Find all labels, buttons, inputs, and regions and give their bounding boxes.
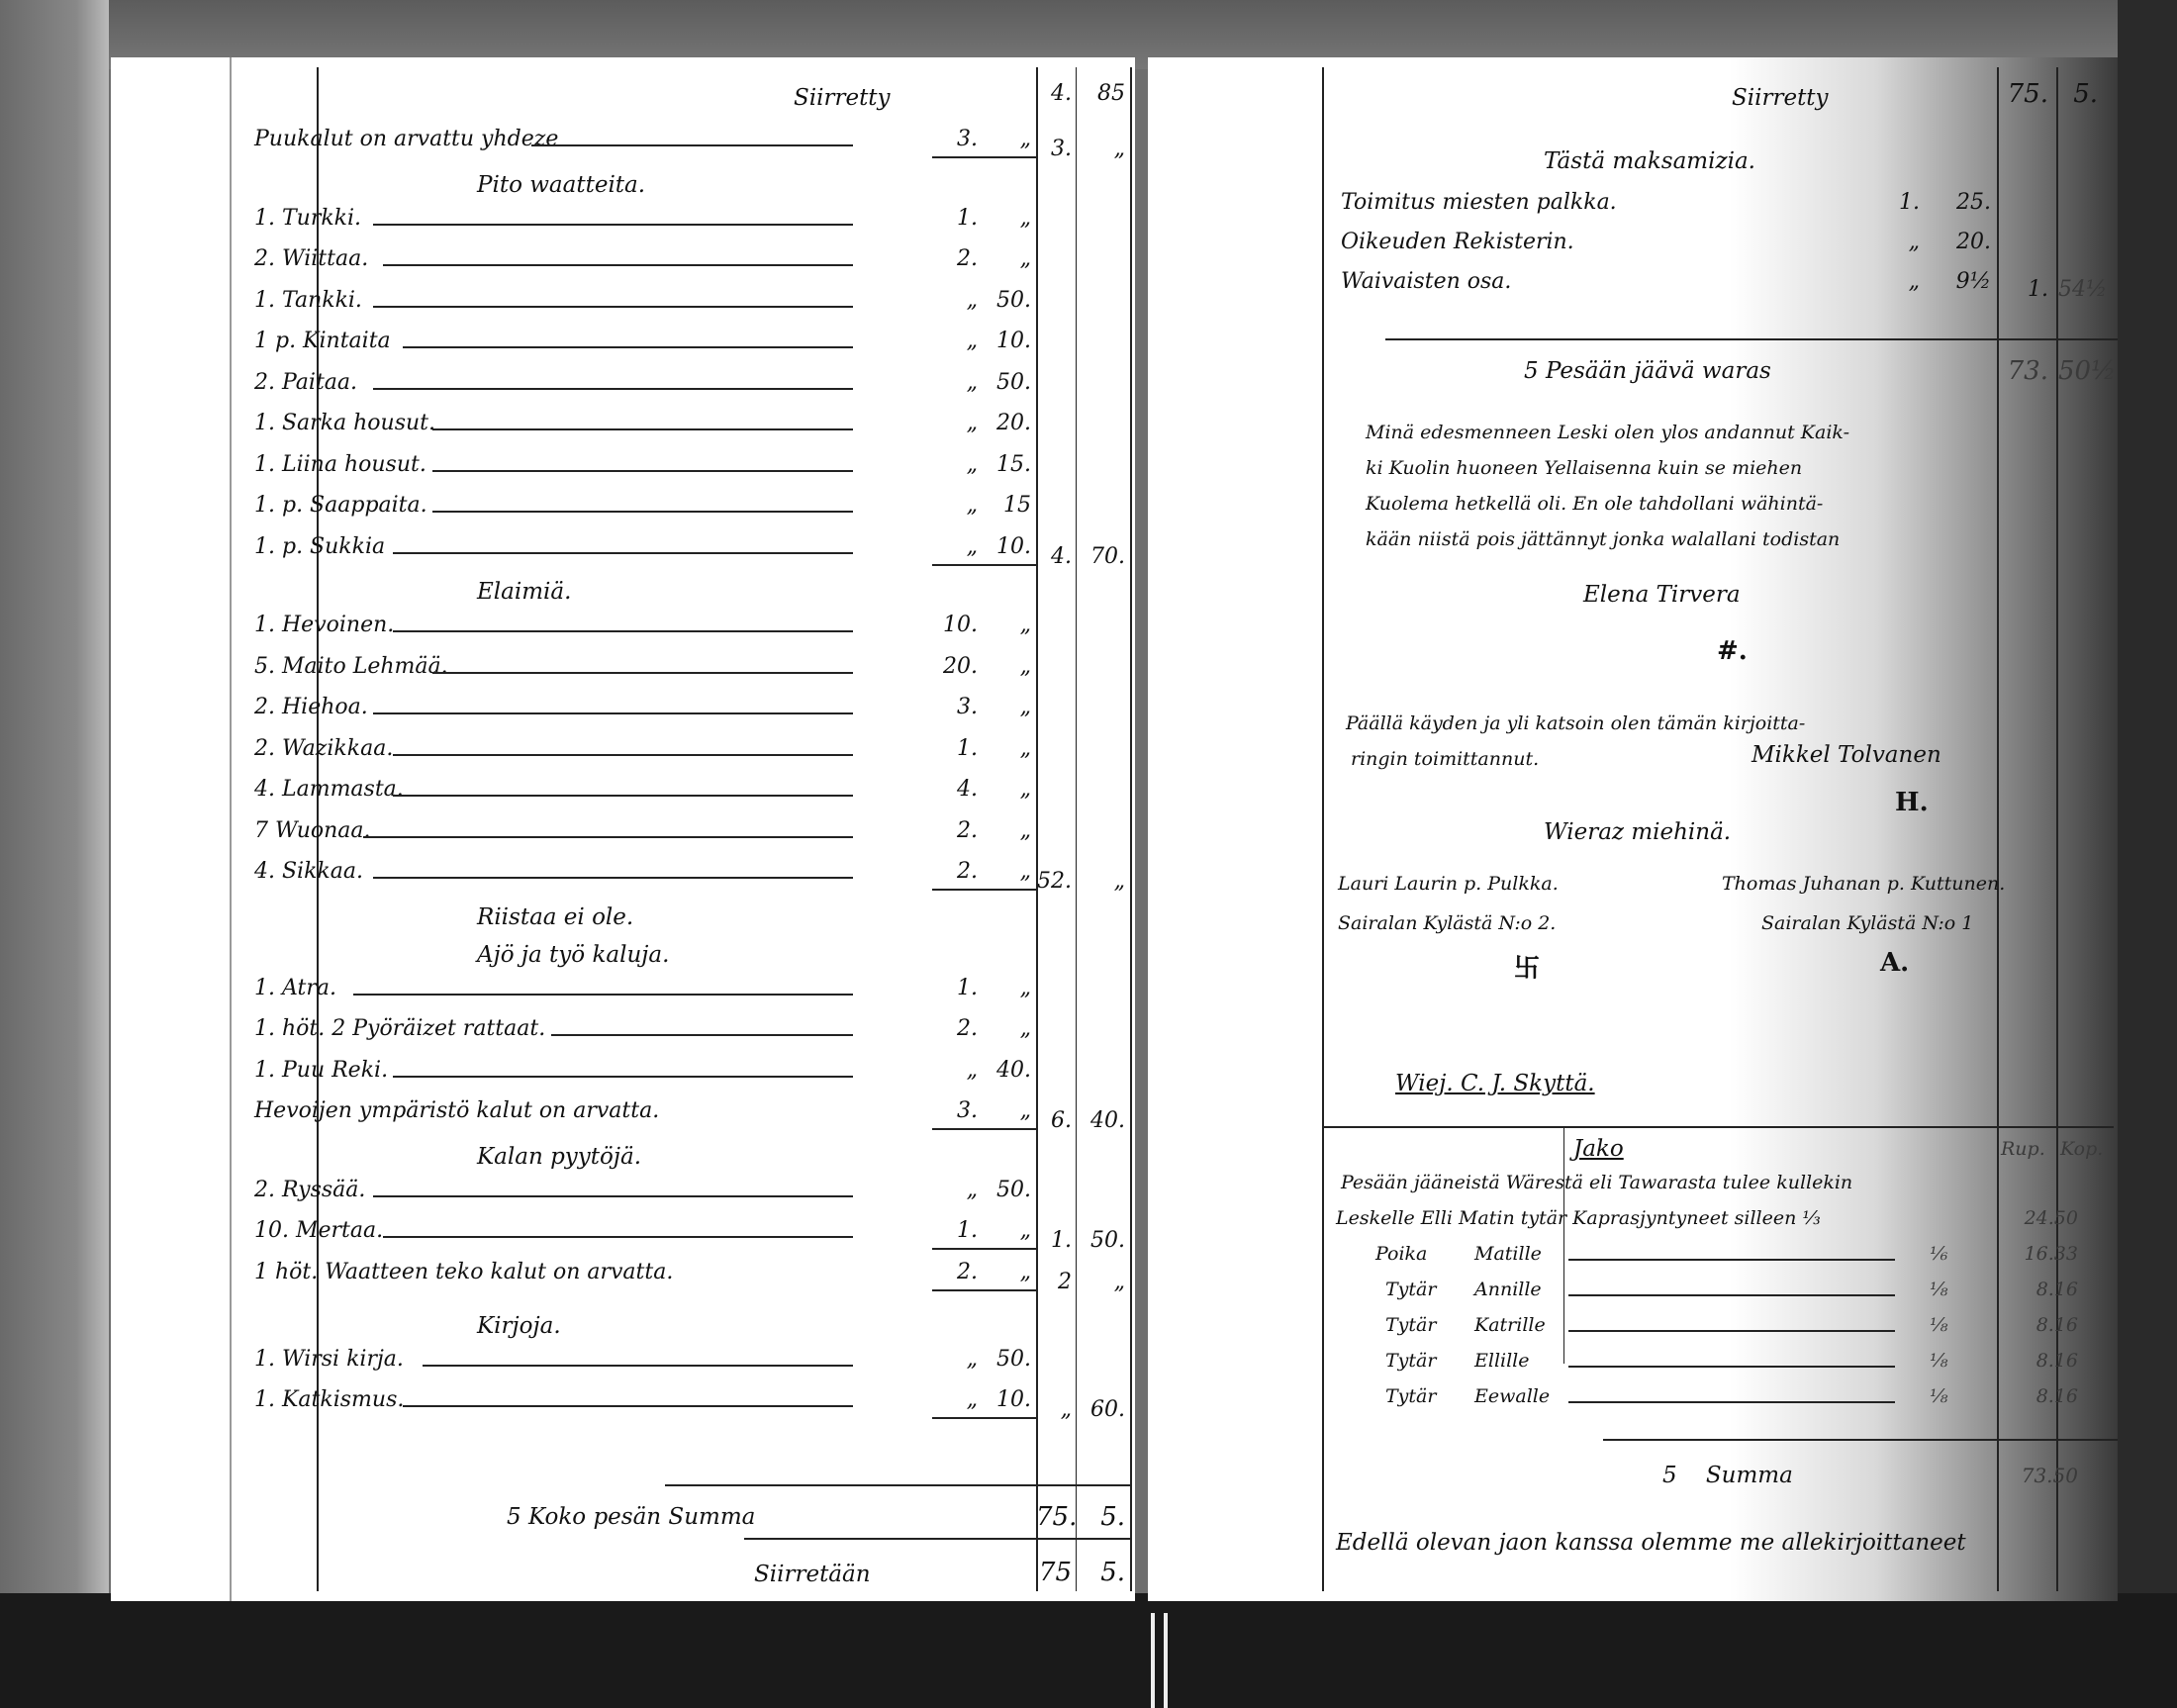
- division-intro: Pesään jääneistä Wärestä eli Tawarasta t…: [1341, 1170, 1852, 1195]
- leader-line: [551, 1034, 853, 1036]
- item-kopecks: 10.: [982, 1387, 1031, 1413]
- widow-mark: #.: [1717, 636, 1748, 666]
- leader-line: [383, 1236, 853, 1238]
- column-rule-kronor: [1036, 67, 1038, 1591]
- heir-amount: 8.16: [1999, 1277, 2078, 1302]
- item-description: 1. p. Saappaita.: [254, 493, 427, 519]
- item-kopecks: 50.: [982, 288, 1031, 314]
- deduction-description: Oikeuden Rekisterin.: [1341, 230, 1574, 255]
- left-page: Siirretty 4. 85 Puukalut on arvattu yhde…: [111, 57, 1135, 1601]
- heir-relation: Tytär: [1385, 1312, 1436, 1338]
- item-description: 2. Wiittaa.: [254, 246, 368, 272]
- item-kopecks: 10.: [982, 329, 1031, 354]
- item-rubles: 2.: [942, 859, 978, 885]
- item-rubles: „: [942, 329, 978, 354]
- item-rubles: 1.: [942, 1218, 978, 1244]
- deduction-kopecks: 20.: [1930, 230, 1991, 255]
- item-kopecks: 15.: [982, 452, 1031, 478]
- spine-gap: [1164, 1613, 1168, 1708]
- witness-2-mark: A.: [1880, 948, 1909, 978]
- subtotal-rule: [932, 564, 1036, 566]
- item-kopecks: „: [982, 613, 1031, 638]
- item-description: 1. Sarka housut.: [254, 411, 435, 436]
- division-col-kop: Kop.: [2060, 1136, 2103, 1162]
- item-kopecks: 40.: [982, 1058, 1031, 1084]
- leader-line: [1568, 1259, 1895, 1261]
- heir-relation: Poika: [1375, 1241, 1427, 1267]
- leader-line: [423, 1365, 853, 1367]
- item-kopecks: „: [982, 1260, 1031, 1285]
- leader-line: [393, 1076, 853, 1078]
- item-kopecks: 20.: [982, 411, 1031, 436]
- carry-forward-label: Siirretty: [1732, 85, 1829, 111]
- subtotal-rule: [932, 1289, 1036, 1291]
- deduction-kopecks: 9½: [1930, 269, 1991, 295]
- scan-background-bottom: [0, 1593, 2177, 1708]
- heir-share: ⅛: [1930, 1348, 1947, 1374]
- item-description: Hevoijen ympäristö kalut on arvatta.: [254, 1098, 659, 1124]
- leader-line: [1568, 1294, 1895, 1296]
- declaration-line: kään niistä pois jättännyt jonka walalla…: [1366, 526, 1840, 552]
- item-description: 1. höt. 2 Pyöräizet rattaat.: [254, 1016, 545, 1042]
- deduction-description: Toimitus miesten palkka.: [1341, 190, 1617, 216]
- heir-name: Ellille: [1474, 1348, 1530, 1374]
- leader-line: [393, 552, 853, 554]
- witness-1-name: Lauri Laurin p. Pulkka.: [1338, 871, 1559, 897]
- scan-background-right: [2118, 0, 2177, 1708]
- subtotal-kopecks: 60.: [1081, 1397, 1125, 1423]
- subtotal-rule: [932, 1248, 1036, 1250]
- estate-total-col1: 75.: [1036, 1504, 1072, 1530]
- carry-forward-col1: 75.: [1999, 81, 2048, 107]
- item-description: 1 höt. Waatteen teko kalut on arvatta.: [254, 1260, 673, 1285]
- subtotal-kopecks: 50.: [1081, 1228, 1125, 1254]
- heir-share: ⅛: [1930, 1383, 1947, 1409]
- item-rubles: 20.: [942, 654, 978, 680]
- item-rubles: „: [942, 452, 978, 478]
- division-inner-rule: [1563, 1126, 1564, 1364]
- leader-line: [373, 224, 853, 226]
- item-description: 1. Wirsi kirja.: [254, 1347, 404, 1373]
- witness-2-name: Thomas Juhanan p. Kuttunen.: [1722, 871, 2005, 897]
- remaining-col1: 73.: [1999, 358, 2048, 384]
- leader-line: [353, 994, 853, 996]
- heir-relation: Tytär: [1385, 1277, 1436, 1302]
- item-rubles: „: [942, 411, 978, 436]
- item-description: 1. Hevoinen.: [254, 613, 394, 638]
- item-kopecks: „: [982, 976, 1031, 1001]
- section-heading: Elaimiä.: [477, 579, 571, 605]
- item-rubles: „: [942, 1347, 978, 1373]
- subtotal-rubles: 4.: [1036, 544, 1072, 570]
- heir-amount: 8.16: [1999, 1383, 2078, 1409]
- witness-1-village: Sairalan Kylästä N:o 2.: [1338, 910, 1556, 936]
- carry-forward-col2: 5.: [2058, 81, 2098, 107]
- leader-line: [1568, 1401, 1895, 1403]
- section-heading: Kalan pyytöjä.: [477, 1144, 641, 1170]
- subtotal-kopecks: „: [1081, 1270, 1125, 1295]
- subtotal-kopecks: „: [1081, 137, 1125, 162]
- item-description: 2. Paitaa.: [254, 370, 357, 396]
- section-heading: Kirjoja.: [477, 1313, 561, 1339]
- subtotal-rubles: 6.: [1036, 1108, 1072, 1134]
- deduction-rubles: „: [1880, 230, 1920, 255]
- witness-2-village: Sairalan Kylästä N:o 1: [1761, 910, 1973, 936]
- heir-share: ⅛: [1930, 1312, 1947, 1338]
- item-rubles: 2.: [942, 1260, 978, 1285]
- leader-line: [383, 264, 853, 266]
- leader-line: [393, 630, 853, 632]
- leader-line: [531, 144, 853, 146]
- item-description: 1. Turkki.: [254, 206, 361, 232]
- scan-background-left: [0, 0, 109, 1708]
- heir-share: ⅛: [1930, 1277, 1947, 1302]
- subtotal-kopecks: 40.: [1081, 1108, 1125, 1134]
- subtotal-kopecks: „: [1081, 869, 1125, 895]
- leader-line: [432, 428, 853, 430]
- heir-relation: Tytär: [1385, 1383, 1436, 1409]
- remaining-label-text: Pesään jäävä waras: [1546, 358, 1771, 384]
- subtotal-rule: [932, 156, 1036, 158]
- item-rubles: 10.: [942, 613, 978, 638]
- item-description: 4. Lammasta.: [254, 777, 404, 803]
- subtotal-rubles: 52.: [1036, 869, 1072, 895]
- item-rubles: 1.: [942, 976, 978, 1001]
- leader-line: [373, 388, 853, 390]
- heir-relation: Tytär: [1385, 1348, 1436, 1374]
- item-kopecks: „: [982, 736, 1031, 762]
- division-rule: [1322, 1126, 2114, 1128]
- deductions-title: Tästä maksamizia.: [1544, 148, 1755, 174]
- column-rule-left: [1322, 67, 1324, 1591]
- heir-amount: 16.33: [1999, 1241, 2078, 1267]
- item-rubles: 2.: [942, 818, 978, 844]
- item-rubles: 3.: [942, 1098, 978, 1124]
- estate-total-col2: 5.: [1081, 1504, 1125, 1530]
- leader-line: [373, 306, 853, 308]
- total-label-text: Koko pesän Summa: [528, 1504, 755, 1530]
- remaining-prefix: 5: [1524, 358, 1539, 384]
- supervisor-text: ringin toimittannut.: [1351, 746, 1539, 772]
- item-rubles: „: [942, 1058, 978, 1084]
- heir-amount: 8.16: [1999, 1348, 2078, 1374]
- item-description: 10. Mertaa.: [254, 1218, 383, 1244]
- item-kopecks: „: [982, 859, 1031, 885]
- item-rubles: „: [942, 534, 978, 560]
- item-rubles: 3.: [942, 127, 978, 152]
- item-description: 5. Maito Lehmää.: [254, 654, 448, 680]
- item-kopecks: 50.: [982, 1178, 1031, 1203]
- right-page: Siirretty 75. 5. Tästä maksamizia. Toimi…: [1148, 57, 2118, 1601]
- subtotal-rule: [932, 1128, 1036, 1130]
- estate-total-label: 5 Koko pesän Summa: [507, 1504, 755, 1530]
- deduction-total-kopecks: 54½: [2058, 277, 2106, 303]
- carry-forward-col1: 4.: [1036, 81, 1072, 107]
- item-kopecks: 10.: [982, 534, 1031, 560]
- item-rubles: „: [942, 493, 978, 519]
- item-kopecks: „: [982, 1218, 1031, 1244]
- item-description: 1. Atra.: [254, 976, 336, 1001]
- remaining-col2: 50½: [2058, 358, 2106, 384]
- division-total-prefix: 5: [1662, 1463, 1677, 1488]
- witness-clerk: Wiej. C. J. Skyttä.: [1395, 1071, 1595, 1096]
- supervisor-mark: H.: [1895, 788, 1929, 817]
- leader-line: [373, 712, 853, 714]
- item-rubles: 1.: [942, 206, 978, 232]
- supervisor-signature: Mikkel Tolvanen: [1751, 742, 1941, 768]
- widow-signature: Elena Tirvera: [1583, 582, 1741, 608]
- heir-share: ⅙: [1930, 1241, 1947, 1267]
- spine-gap: [1151, 1613, 1155, 1708]
- heir-amount: 8.16: [1999, 1312, 2078, 1338]
- item-kopecks: „: [982, 695, 1031, 720]
- witnesses-title: Wieraz miehinä.: [1544, 819, 1731, 845]
- leader-line: [1568, 1330, 1895, 1332]
- declaration-line: Minä edesmenneen Leski olen ylos andannu…: [1366, 420, 1849, 445]
- section-heading: Pito waatteita.: [477, 172, 645, 198]
- item-description: 1. Tankki.: [254, 288, 362, 314]
- item-kopecks: 50.: [982, 370, 1031, 396]
- item-rubles: „: [942, 1178, 978, 1203]
- item-rubles: 3.: [942, 695, 978, 720]
- deduction-kopecks: 25.: [1930, 190, 1991, 216]
- item-description: 2. Ryssää.: [254, 1178, 365, 1203]
- item-description: Puukalut on arvattu yhdeze: [254, 127, 558, 152]
- item-description: 1. Katkismus.: [254, 1387, 404, 1413]
- remaining-estate-label: 5 Pesään jäävä waras: [1524, 358, 1771, 384]
- leader-line: [432, 511, 853, 513]
- item-kopecks: 50.: [982, 1347, 1031, 1373]
- division-title: Jako: [1573, 1136, 1624, 1162]
- heir-name: Eewalle: [1474, 1383, 1550, 1409]
- leader-line: [373, 877, 853, 879]
- column-rule-mid: [1076, 67, 1077, 1591]
- section-heading: Riistaa ei ole.: [477, 904, 633, 930]
- item-kopecks: „: [982, 777, 1031, 803]
- division-total-text: Summa: [1706, 1463, 1793, 1488]
- item-rubles: 1.: [942, 736, 978, 762]
- item-rubles: 4.: [942, 777, 978, 803]
- subtotal-rule: [932, 1417, 1036, 1419]
- leader-line: [393, 795, 853, 797]
- item-rubles: 2.: [942, 246, 978, 272]
- total-rule: [665, 1484, 1130, 1486]
- heir-name: Katrille: [1474, 1312, 1546, 1338]
- margin-line: [230, 57, 232, 1601]
- item-rubles: „: [942, 1387, 978, 1413]
- item-description: 1 p. Kintaita: [254, 329, 391, 354]
- item-kopecks: „: [982, 127, 1031, 152]
- leader-line: [432, 672, 853, 674]
- subtotal-rule: [932, 889, 1036, 891]
- witness-1-mark: 卐: [1514, 948, 1540, 985]
- division-col-rup: Rup.: [2001, 1136, 2045, 1162]
- item-description: 1. p. Sukkia: [254, 534, 385, 560]
- heir-amount: 24.50: [1999, 1205, 2078, 1231]
- declaration-line: Kuolema hetkellä oli. En ole tahdollani …: [1366, 491, 1823, 517]
- remaining-rule: [1385, 338, 2118, 340]
- subtotal-rubles: „: [1036, 1397, 1072, 1423]
- item-kopecks: „: [982, 246, 1031, 272]
- deduction-total-rubles: 1.: [1999, 277, 2048, 303]
- section-heading: Ajö ja työ kaluja.: [477, 942, 669, 968]
- item-kopecks: „: [982, 818, 1031, 844]
- item-description: 1. Liina housut.: [254, 452, 426, 478]
- leader-line: [403, 346, 853, 348]
- supervisor-text: Päällä käyden ja yli katsoin olen tämän …: [1346, 711, 1805, 736]
- deduction-description: Waivaisten osa.: [1341, 269, 1511, 295]
- item-kopecks: „: [982, 1098, 1031, 1124]
- item-kopecks: „: [982, 654, 1031, 680]
- deduction-rubles: „: [1880, 269, 1920, 295]
- item-rubles: „: [942, 288, 978, 314]
- division-total-label: 5 Summa: [1662, 1463, 1793, 1488]
- heir-name: Matille: [1474, 1241, 1542, 1267]
- item-rubles: 2.: [942, 1016, 978, 1042]
- subtotal-rubles: 1.: [1036, 1228, 1072, 1254]
- leader-line: [1568, 1366, 1895, 1368]
- division-total-rule: [1603, 1439, 2118, 1441]
- subtotal-kopecks: 70.: [1081, 544, 1125, 570]
- item-description: 1. Puu Reki.: [254, 1058, 388, 1084]
- column-rule-penni: [1130, 67, 1132, 1591]
- item-description: 7 Wuonaa.: [254, 818, 371, 844]
- footer-text: Edellä olevan jaon kanssa olemme me alle…: [1336, 1530, 1966, 1556]
- item-description: 2. Hiehoa.: [254, 695, 368, 720]
- division-total-amount: 73.50: [1999, 1463, 2078, 1488]
- item-kopecks: „: [982, 206, 1031, 232]
- division-intro: Leskelle Elli Matin tytär Kaprasjyntynee…: [1336, 1205, 1821, 1231]
- leader-line: [363, 836, 853, 838]
- leader-line: [403, 1405, 853, 1407]
- item-description: 4. Sikkaa.: [254, 859, 363, 885]
- leader-line: [432, 470, 853, 472]
- total-prefix: 5: [507, 1504, 521, 1530]
- item-kopecks: „: [982, 1016, 1031, 1042]
- leader-line: [393, 754, 853, 756]
- carry-over-col1: 75: [1036, 1560, 1072, 1585]
- item-kopecks: 15: [982, 493, 1031, 519]
- subtotal-rubles: 3.: [1036, 137, 1072, 162]
- item-description: 2. Wazikkaa.: [254, 736, 393, 762]
- subtotal-rubles: 2: [1036, 1270, 1072, 1295]
- leader-line: [373, 1195, 853, 1197]
- carry-rule: [744, 1538, 1130, 1540]
- item-rubles: „: [942, 370, 978, 396]
- carry-forward-label: Siirretty: [794, 85, 891, 111]
- declaration-line: ki Kuolin huoneen Yellaisenna kuin se mi…: [1366, 455, 1802, 481]
- carry-forward-col2: 85: [1081, 81, 1125, 107]
- carry-over-label: Siirretään: [754, 1562, 871, 1587]
- heir-name: Annille: [1474, 1277, 1542, 1302]
- carry-over-col2: 5.: [1081, 1560, 1125, 1585]
- deduction-rubles: 1.: [1880, 190, 1920, 216]
